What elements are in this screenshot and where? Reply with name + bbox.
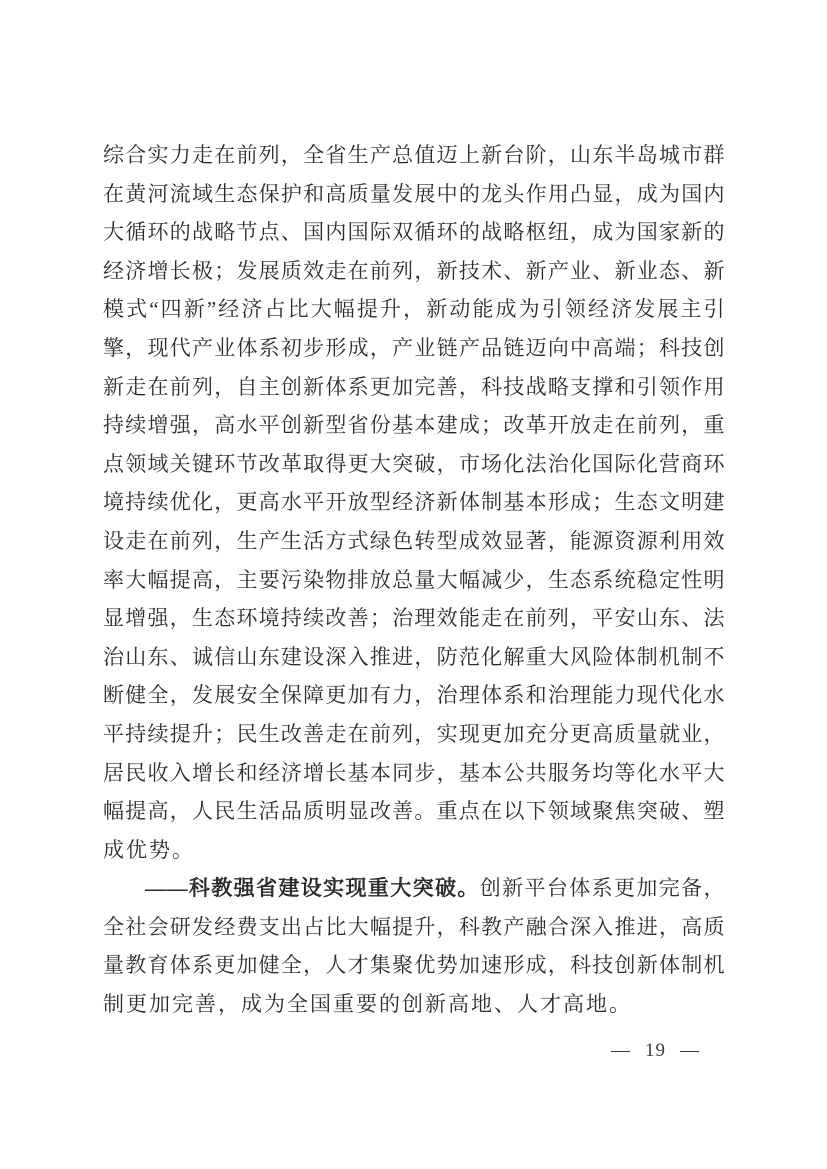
text-line: 制更加完善，成为全国重要的创新高地、人才高地。: [103, 985, 725, 1024]
text-line: 模式“四新”经济占比大幅提升，新动能成为引领经济发展主引: [103, 290, 725, 329]
body-text: 综合实力走在前列，全省生产总值迈上新台阶，山东半岛城市群 在黄河流域生态保护和高…: [103, 136, 725, 1024]
text-line: 率大幅提高，主要污染物排放总量大幅减少，生态系统稳定性明: [103, 561, 725, 600]
text-line: 新走在前列，自主创新体系更加完善，科技战略支撑和引领作用: [103, 368, 725, 407]
text-line: 经济增长极；发展质效走在前列，新技术、新产业、新业态、新: [103, 252, 725, 291]
paragraph-lead-bold: ——科教强省建设实现重大突破。: [145, 876, 480, 900]
paragraph-continued: 综合实力走在前列，全省生产总值迈上新台阶，山东半岛城市群 在黄河流域生态保护和高…: [103, 136, 725, 869]
text-line: 擎，现代产业体系初步形成，产业链产品链迈向中高端；科技创: [103, 329, 725, 368]
text-line: 治山东、诚信山东建设深入推进，防范化解重大风险体制机制不: [103, 638, 725, 677]
text-line: 设走在前列，生产生活方式绿色转型成效显著，能源资源利用效: [103, 522, 725, 561]
page-footer: — 19 —: [611, 1040, 700, 1062]
document-page: 综合实力走在前列，全省生产总值迈上新台阶，山东半岛城市群 在黄河流域生态保护和高…: [0, 0, 827, 1169]
page-number: 19: [645, 1040, 666, 1062]
text-line: 境持续优化，更高水平开放型经济新体制基本形成；生态文明建: [103, 483, 725, 522]
text-line: 大循环的战略节点、国内国际双循环的战略枢纽，成为国家新的: [103, 213, 725, 252]
text-line: 幅提高，人民生活品质明显改善。重点在以下领域聚焦突破、塑: [103, 792, 725, 831]
text-line: 综合实力走在前列，全省生产总值迈上新台阶，山东半岛城市群: [103, 136, 725, 175]
text-line: 显增强，生态环境持续改善；治理效能走在前列，平安山东、法: [103, 599, 725, 638]
footer-left-dash: —: [611, 1040, 631, 1062]
text-line: 点领域关键环节改革取得更大突破，市场化法治化国际化营商环: [103, 445, 725, 484]
text-line: 在黄河流域生态保护和高质量发展中的龙头作用凸显，成为国内: [103, 175, 725, 214]
text-line: ——科教强省建设实现重大突破。创新平台体系更加完备，: [103, 869, 725, 908]
paragraph-lead-rest: 创新平台体系更加完备，: [480, 876, 725, 900]
text-line: 持续增强，高水平创新型省份基本建成；改革开放走在前列，重: [103, 406, 725, 445]
text-line: 居民收入增长和经济增长基本同步，基本公共服务均等化水平大: [103, 754, 725, 793]
footer-right-dash: —: [680, 1040, 700, 1062]
text-line: 成优势。: [103, 831, 725, 870]
text-line: 断健全，发展安全保障更加有力，治理体系和治理能力现代化水: [103, 676, 725, 715]
text-line: 量教育体系更加健全，人才集聚优势加速形成，科技创新体制机: [103, 946, 725, 985]
text-line: 平持续提升；民生改善走在前列，实现更加充分更高质量就业，: [103, 715, 725, 754]
paragraph-keju-qiangsheng: ——科教强省建设实现重大突破。创新平台体系更加完备， 全社会研发经费支出占比大幅…: [103, 869, 725, 1023]
text-line: 全社会研发经费支出占比大幅提升，科教产融合深入推进，高质: [103, 908, 725, 947]
